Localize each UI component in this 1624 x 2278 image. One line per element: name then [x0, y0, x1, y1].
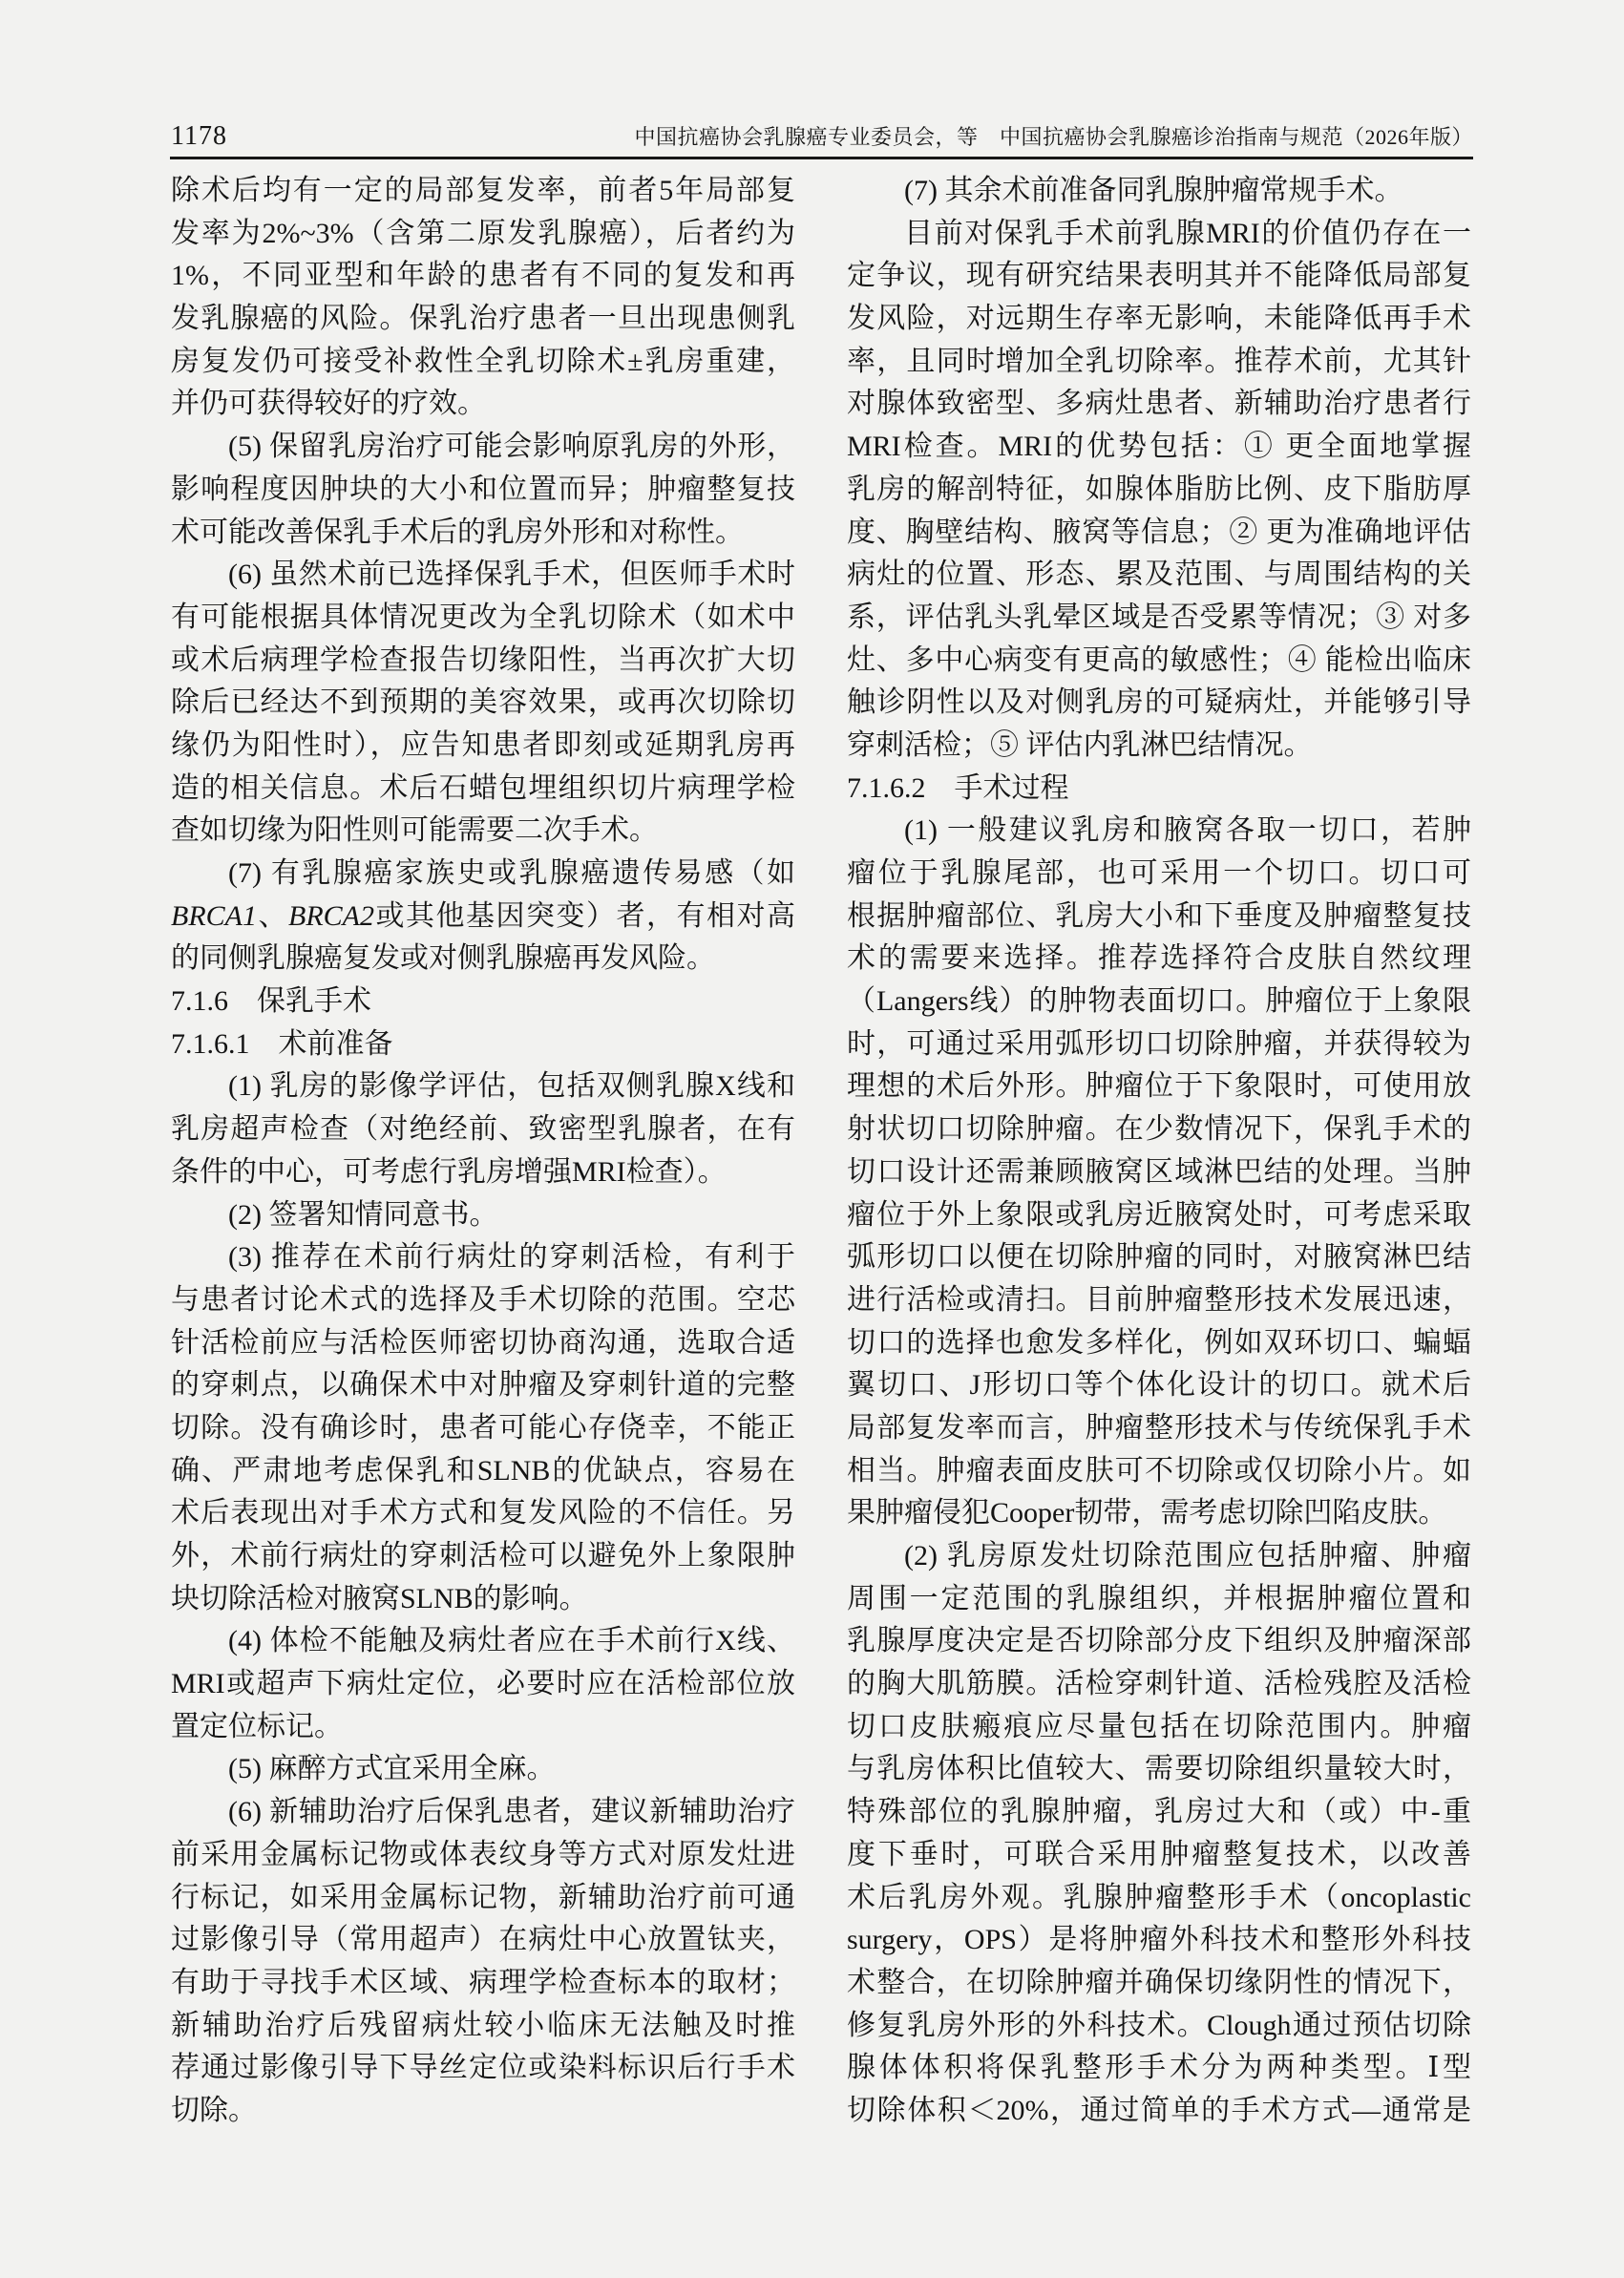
text-line: 灶、多中心病变有更高的敏感性；④ 能检出临床 — [847, 640, 1471, 683]
text-line: 度、胸壁结构、腋窝等信息；② 更为准确地评估 — [847, 512, 1471, 555]
text-column-right: (7) 其余术前准备同乳腺肿瘤常规手术。目前对保乳手术前乳腺MRI的价值仍存在一… — [847, 170, 1471, 2133]
text-line: 并仍可获得较好的疗效。 — [171, 383, 795, 426]
text-line: 7.1.6 保乳手术 — [171, 981, 795, 1023]
text-line: MRI或超声下病灶定位，必要时应在活检部位放 — [171, 1663, 795, 1706]
text-line: 切除。没有确诊时，患者可能心存侥幸，不能正 — [171, 1407, 795, 1450]
text-line: 定争议，现有研究结果表明其并不能降低局部复 — [847, 255, 1471, 298]
text-line: 切口设计还需兼顾腋窝区域淋巴结的处理。当肿 — [847, 1151, 1471, 1194]
text-line: 置定位标记。 — [171, 1706, 795, 1749]
text-line: 目前对保乳手术前乳腺MRI的价值仍存在一 — [847, 213, 1471, 256]
text-line: 修复乳房外形的外科技术。Clough通过预估切除 — [847, 2005, 1471, 2048]
text-line: 理想的术后外形。肿瘤位于下象限时，可使用放 — [847, 1065, 1471, 1108]
text-line: (1) 乳房的影像学评估，包括双侧乳腺X线和 — [171, 1065, 795, 1108]
text-line: (7) 有乳腺癌家族史或乳腺癌遗传易感（如 — [171, 853, 795, 896]
text-line: 切除。 — [171, 2090, 795, 2133]
text-line: 1%，不同亚型和年龄的患者有不同的复发和再 — [171, 255, 795, 298]
text-line: 造的相关信息。术后石蜡包埋组织切片病理学检 — [171, 768, 795, 811]
text-line: 除术后均有一定的局部复发率，前者5年局部复 — [171, 170, 795, 213]
text-line: 切口的选择也愈发多样化，例如双环切口、蝙蝠 — [847, 1322, 1471, 1365]
text-line: 根据肿瘤部位、乳房大小和下垂度及肿瘤整复技 — [847, 896, 1471, 939]
text-line: 房复发仍可接受补救性全乳切除术±乳房重建， — [171, 341, 795, 384]
text-line: 穿刺活检；⑤ 评估内乳淋巴结情况。 — [847, 725, 1471, 768]
text-line: 新辅助治疗后残留病灶较小临床无法触及时推 — [171, 2005, 795, 2048]
text-line: 前采用金属标记物或体表纹身等方式对原发灶进 — [171, 1834, 795, 1877]
text-line: (4) 体检不能触及病灶者应在手术前行X线、 — [171, 1620, 795, 1663]
text-line: 触诊阴性以及对侧乳房的可疑病灶，并能够引导 — [847, 682, 1471, 725]
text-line: 发乳腺癌的风险。保乳治疗患者一旦出现患侧乳 — [171, 298, 795, 341]
text-line: 的胸大肌筋膜。活检穿刺针道、活检残腔及活检 — [847, 1663, 1471, 1706]
text-line: (3) 推荐在术前行病灶的穿刺活检，有利于 — [171, 1236, 795, 1279]
running-title: 中国抗癌协会乳腺癌专业委员会，等 中国抗癌协会乳腺癌诊治指南与规范（2026年版… — [634, 121, 1473, 154]
page-number: 1178 — [171, 120, 227, 153]
text-line: 除后已经达不到预期的美容效果，或再次切除切 — [171, 682, 795, 725]
text-line: (1) 一般建议乳房和腋窝各取一切口，若肿 — [847, 810, 1471, 853]
text-line: 病灶的位置、形态、累及范围、与周围结构的关 — [847, 554, 1471, 597]
header-rule — [170, 157, 1473, 159]
text-line: 时，可通过采用弧形切口切除肿瘤，并获得较为 — [847, 1023, 1471, 1066]
text-line: 发风险，对远期生存率无影响，未能降低再手术 — [847, 298, 1471, 341]
text-line: 特殊部位的乳腺肿瘤，乳房过大和（或）中-重 — [847, 1791, 1471, 1834]
text-line: 度下垂时，可联合采用肿瘤整复技术，以改善 — [847, 1834, 1471, 1877]
text-line: 的同侧乳腺癌复发或对侧乳腺癌再发风险。 — [171, 938, 795, 981]
text-line: 7.1.6.2 手术过程 — [847, 768, 1471, 811]
text-line: 局部复发率而言，肿瘤整形技术与传统保乳手术 — [847, 1407, 1471, 1450]
text-line: 系，评估乳头乳晕区域是否受累等情况；③ 对多 — [847, 597, 1471, 640]
page-header: 1178 中国抗癌协会乳腺癌专业委员会，等 中国抗癌协会乳腺癌诊治指南与规范（2… — [171, 120, 1473, 155]
text-column-left: 除术后均有一定的局部复发率，前者5年局部复发率为2%~3%（含第二原发乳腺癌），… — [171, 170, 795, 2133]
text-line: 术后表现出对手术方式和复发风险的不信任。另 — [171, 1492, 795, 1535]
text-line: 有可能根据具体情况更改为全乳切除术（如术中 — [171, 597, 795, 640]
text-line: (6) 虽然术前已选择保乳手术，但医师手术时 — [171, 554, 795, 597]
text-line: 有助于寻找手术区域、病理学检查标本的取材； — [171, 1962, 795, 2005]
text-line: 的穿刺点，以确保术中对肿瘤及穿刺针道的完整 — [171, 1364, 795, 1407]
text-line: 与患者讨论术式的选择及手术切除的范围。空芯 — [171, 1279, 795, 1322]
text-line: 果肿瘤侵犯Cooper韧带，需考虑切除凹陷皮肤。 — [847, 1492, 1471, 1535]
text-line: （Langers线）的肿物表面切口。肿瘤位于上象限 — [847, 981, 1471, 1023]
text-line: 乳房超声检查（对绝经前、致密型乳腺者，在有 — [171, 1108, 795, 1151]
text-line: 发率为2%~3%（含第二原发乳腺癌），后者约为 — [171, 213, 795, 256]
text-line: BRCA1、BRCA2或其他基因突变）者，有相对高 — [171, 896, 795, 939]
text-line: 率，且同时增加全乳切除率。推荐术前，尤其针 — [847, 341, 1471, 384]
text-line: 术可能改善保乳手术后的乳房外形和对称性。 — [171, 512, 795, 555]
text-line: 确、严肃地考虑保乳和SLNB的优缺点，容易在 — [171, 1450, 795, 1493]
text-line: 与乳房体积比值较大、需要切除组织量较大时， — [847, 1748, 1471, 1791]
text-line: 块切除活检对腋窝SLNB的影响。 — [171, 1578, 795, 1621]
text-line: (5) 保留乳房治疗可能会影响原乳房的外形， — [171, 426, 795, 469]
text-line: 术的需要来选择。推荐选择符合皮肤自然纹理 — [847, 938, 1471, 981]
text-line: 术后乳房外观。乳腺肿瘤整形手术（oncoplastic — [847, 1877, 1471, 1920]
text-line: (6) 新辅助治疗后保乳患者，建议新辅助治疗 — [171, 1791, 795, 1834]
document-page: 1178 中国抗癌协会乳腺癌专业委员会，等 中国抗癌协会乳腺癌诊治指南与规范（2… — [0, 0, 1624, 2278]
text-line: 周围一定范围的乳腺组织，并根据肿瘤位置和 — [847, 1578, 1471, 1621]
text-line: 切除体积＜20%，通过简单的手术方式—通常是 — [847, 2090, 1471, 2133]
text-line: 切口皮肤瘢痕应尽量包括在切除范围内。肿瘤 — [847, 1706, 1471, 1749]
text-line: 过影像引导（常用超声）在病灶中心放置钛夹， — [171, 1919, 795, 1962]
text-line: 行标记，如采用金属标记物，新辅助治疗前可通 — [171, 1877, 795, 1920]
text-line: 针活检前应与活检医师密切协商沟通，选取合适 — [171, 1322, 795, 1365]
text-line: (7) 其余术前准备同乳腺肿瘤常规手术。 — [847, 170, 1471, 213]
text-line: 对腺体致密型、多病灶患者、新辅助治疗患者行 — [847, 383, 1471, 426]
text-line: (5) 麻醉方式宜采用全麻。 — [171, 1748, 795, 1791]
text-line: 腺体体积将保乳整形手术分为两种类型。Ⅰ型 — [847, 2047, 1471, 2090]
text-line: 荐通过影像引导下导丝定位或染料标识后行手术 — [171, 2047, 795, 2090]
text-line: 瘤位于乳腺尾部，也可采用一个切口。切口可 — [847, 853, 1471, 896]
text-line: 乳房的解剖特征，如腺体脂肪比例、皮下脂肪厚 — [847, 469, 1471, 512]
text-line: MRI检查。MRI的优势包括：① 更全面地掌握 — [847, 426, 1471, 469]
text-line: surgery，OPS）是将肿瘤外科技术和整形外科技 — [847, 1919, 1471, 1962]
text-line: 弧形切口以便在切除肿瘤的同时，对腋窝淋巴结 — [847, 1236, 1471, 1279]
text-line: 相当。肿瘤表面皮肤可不切除或仅切除小片。如 — [847, 1450, 1471, 1493]
text-line: 条件的中心，可考虑行乳房增强MRI检查）。 — [171, 1151, 795, 1194]
text-line: (2) 乳房原发灶切除范围应包括肿瘤、肿瘤 — [847, 1535, 1471, 1578]
text-line: 瘤位于外上象限或乳房近腋窝处时，可考虑采取 — [847, 1194, 1471, 1237]
text-line: 缘仍为阳性时），应告知患者即刻或延期乳房再 — [171, 725, 795, 768]
text-line: 乳腺厚度决定是否切除部分皮下组织及肿瘤深部 — [847, 1620, 1471, 1663]
text-line: 术整合，在切除肿瘤并确保切缘阴性的情况下， — [847, 1962, 1471, 2005]
text-line: (2) 签署知情同意书。 — [171, 1194, 795, 1237]
text-line: 射状切口切除肿瘤。在少数情况下，保乳手术的 — [847, 1108, 1471, 1151]
text-line: 查如切缘为阳性则可能需要二次手术。 — [171, 810, 795, 853]
text-line: 外，术前行病灶的穿刺活检可以避免外上象限肿 — [171, 1535, 795, 1578]
text-line: 翼切口、J形切口等个体化设计的切口。就术后 — [847, 1364, 1471, 1407]
text-line: 影响程度因肿块的大小和位置而异；肿瘤整复技 — [171, 469, 795, 512]
text-line: 进行活检或清扫。目前肿瘤整形技术发展迅速， — [847, 1279, 1471, 1322]
text-line: 或术后病理学检查报告切缘阳性，当再次扩大切 — [171, 640, 795, 683]
text-line: 7.1.6.1 术前准备 — [171, 1023, 795, 1066]
